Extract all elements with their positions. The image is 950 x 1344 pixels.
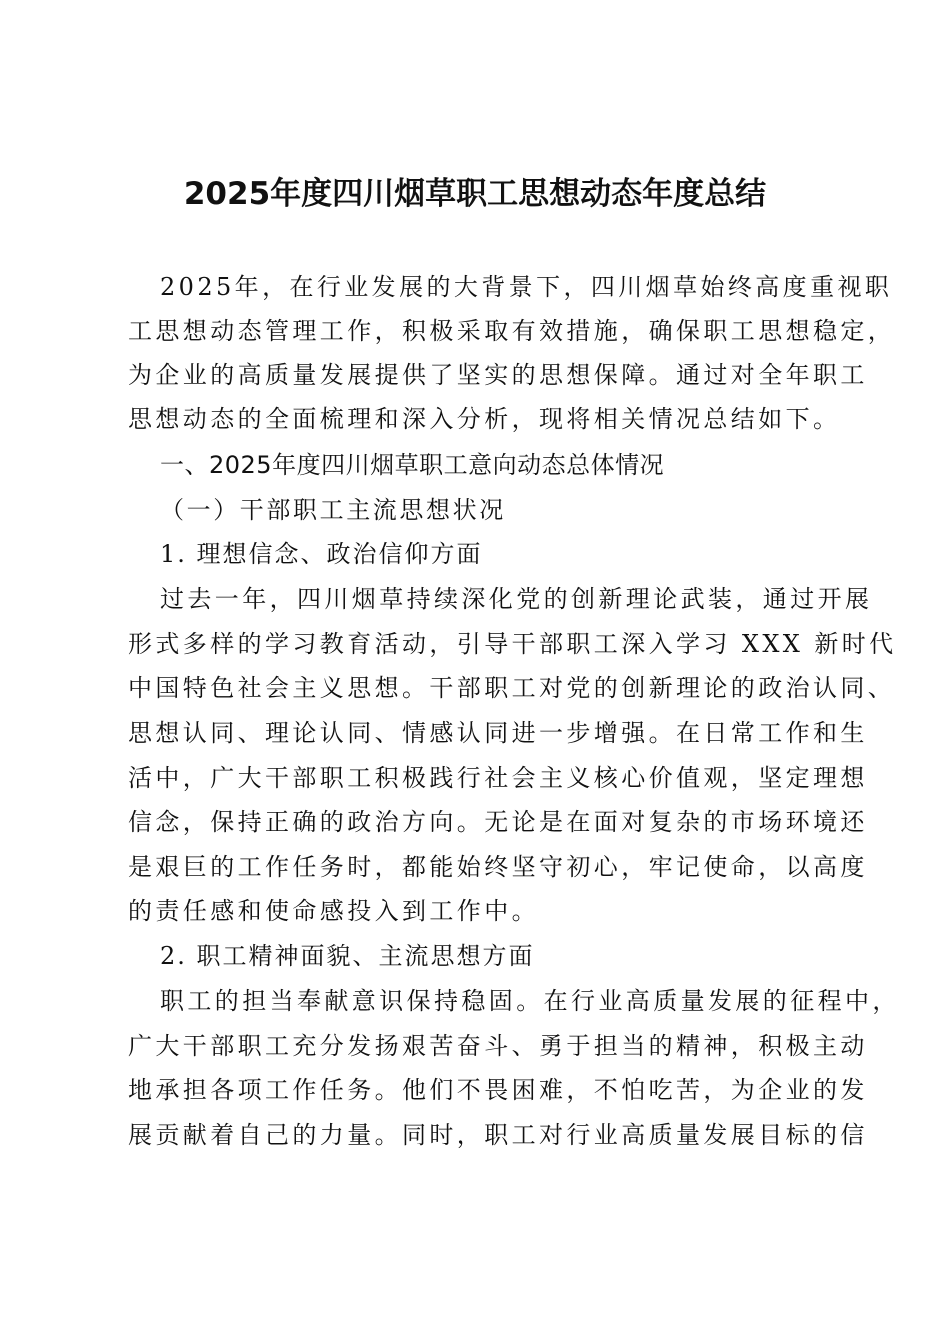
- intro-paragraph-line: 工思想动态管理工作，积极采取有效措施，确保职工思想稳定，: [128, 313, 895, 349]
- item-heading: 2. 职工精神面貌、主流思想方面: [160, 938, 535, 974]
- item2-paragraph-line: 职工的担当奉献意识保持稳固。在行业高质量发展的征程中，: [160, 983, 900, 1019]
- intro-paragraph-line: 思想动态的全面梳理和深入分析，现将相关情况总结如下。: [128, 401, 840, 437]
- intro-paragraph-line: 为企业的高质量发展提供了坚实的思想保障。通过对全年职工: [128, 357, 868, 393]
- item1-paragraph-line: 活中，广大干部职工积极践行社会主义核心价值观，坚定理想: [128, 760, 868, 796]
- item-heading: 1. 理想信念、政治信仰方面: [160, 536, 483, 572]
- item1-paragraph-line: 的责任感和使命感投入到工作中。: [128, 893, 539, 929]
- item1-paragraph-line: 中国特色社会主义思想。干部职工对党的创新理论的政治认同、: [128, 670, 895, 706]
- item1-paragraph-line: 思想认同、理论认同、情感认同进一步增强。在日常工作和生: [128, 715, 868, 751]
- section-heading: 一、2025年度四川烟草职工意向动态总体情况: [160, 447, 664, 483]
- item2-paragraph-line: 广大干部职工充分发扬艰苦奋斗、勇于担当的精神，积极主动: [128, 1028, 868, 1064]
- item2-paragraph-line: 展贡献着自己的力量。同时，职工对行业高质量发展目标的信: [128, 1117, 868, 1153]
- intro-paragraph-line: 2025年，在行业发展的大背景下，四川烟草始终高度重视职: [160, 269, 892, 305]
- document-page: 2025年度四川烟草职工思想动态年度总结 2025年，在行业发展的大背景下，四川…: [0, 0, 950, 1344]
- subsection-heading: （一）干部职工主流思想状况: [160, 492, 506, 528]
- item1-paragraph-line: 形式多样的学习教育活动，引导干部职工深入学习 XXX 新时代: [128, 626, 897, 662]
- item1-paragraph-line: 信念，保持正确的政治方向。无论是在面对复杂的市场环境还: [128, 804, 868, 840]
- item1-paragraph-line: 是艰巨的工作任务时，都能始终坚守初心，牢记使命，以高度: [128, 849, 868, 885]
- item2-paragraph-line: 地承担各项工作任务。他们不畏困难，不怕吃苦，为企业的发: [128, 1072, 868, 1108]
- document-title: 2025年度四川烟草职工思想动态年度总结: [0, 170, 950, 218]
- item1-paragraph-line: 过去一年，四川烟草持续深化党的创新理论武装，通过开展: [160, 581, 872, 617]
